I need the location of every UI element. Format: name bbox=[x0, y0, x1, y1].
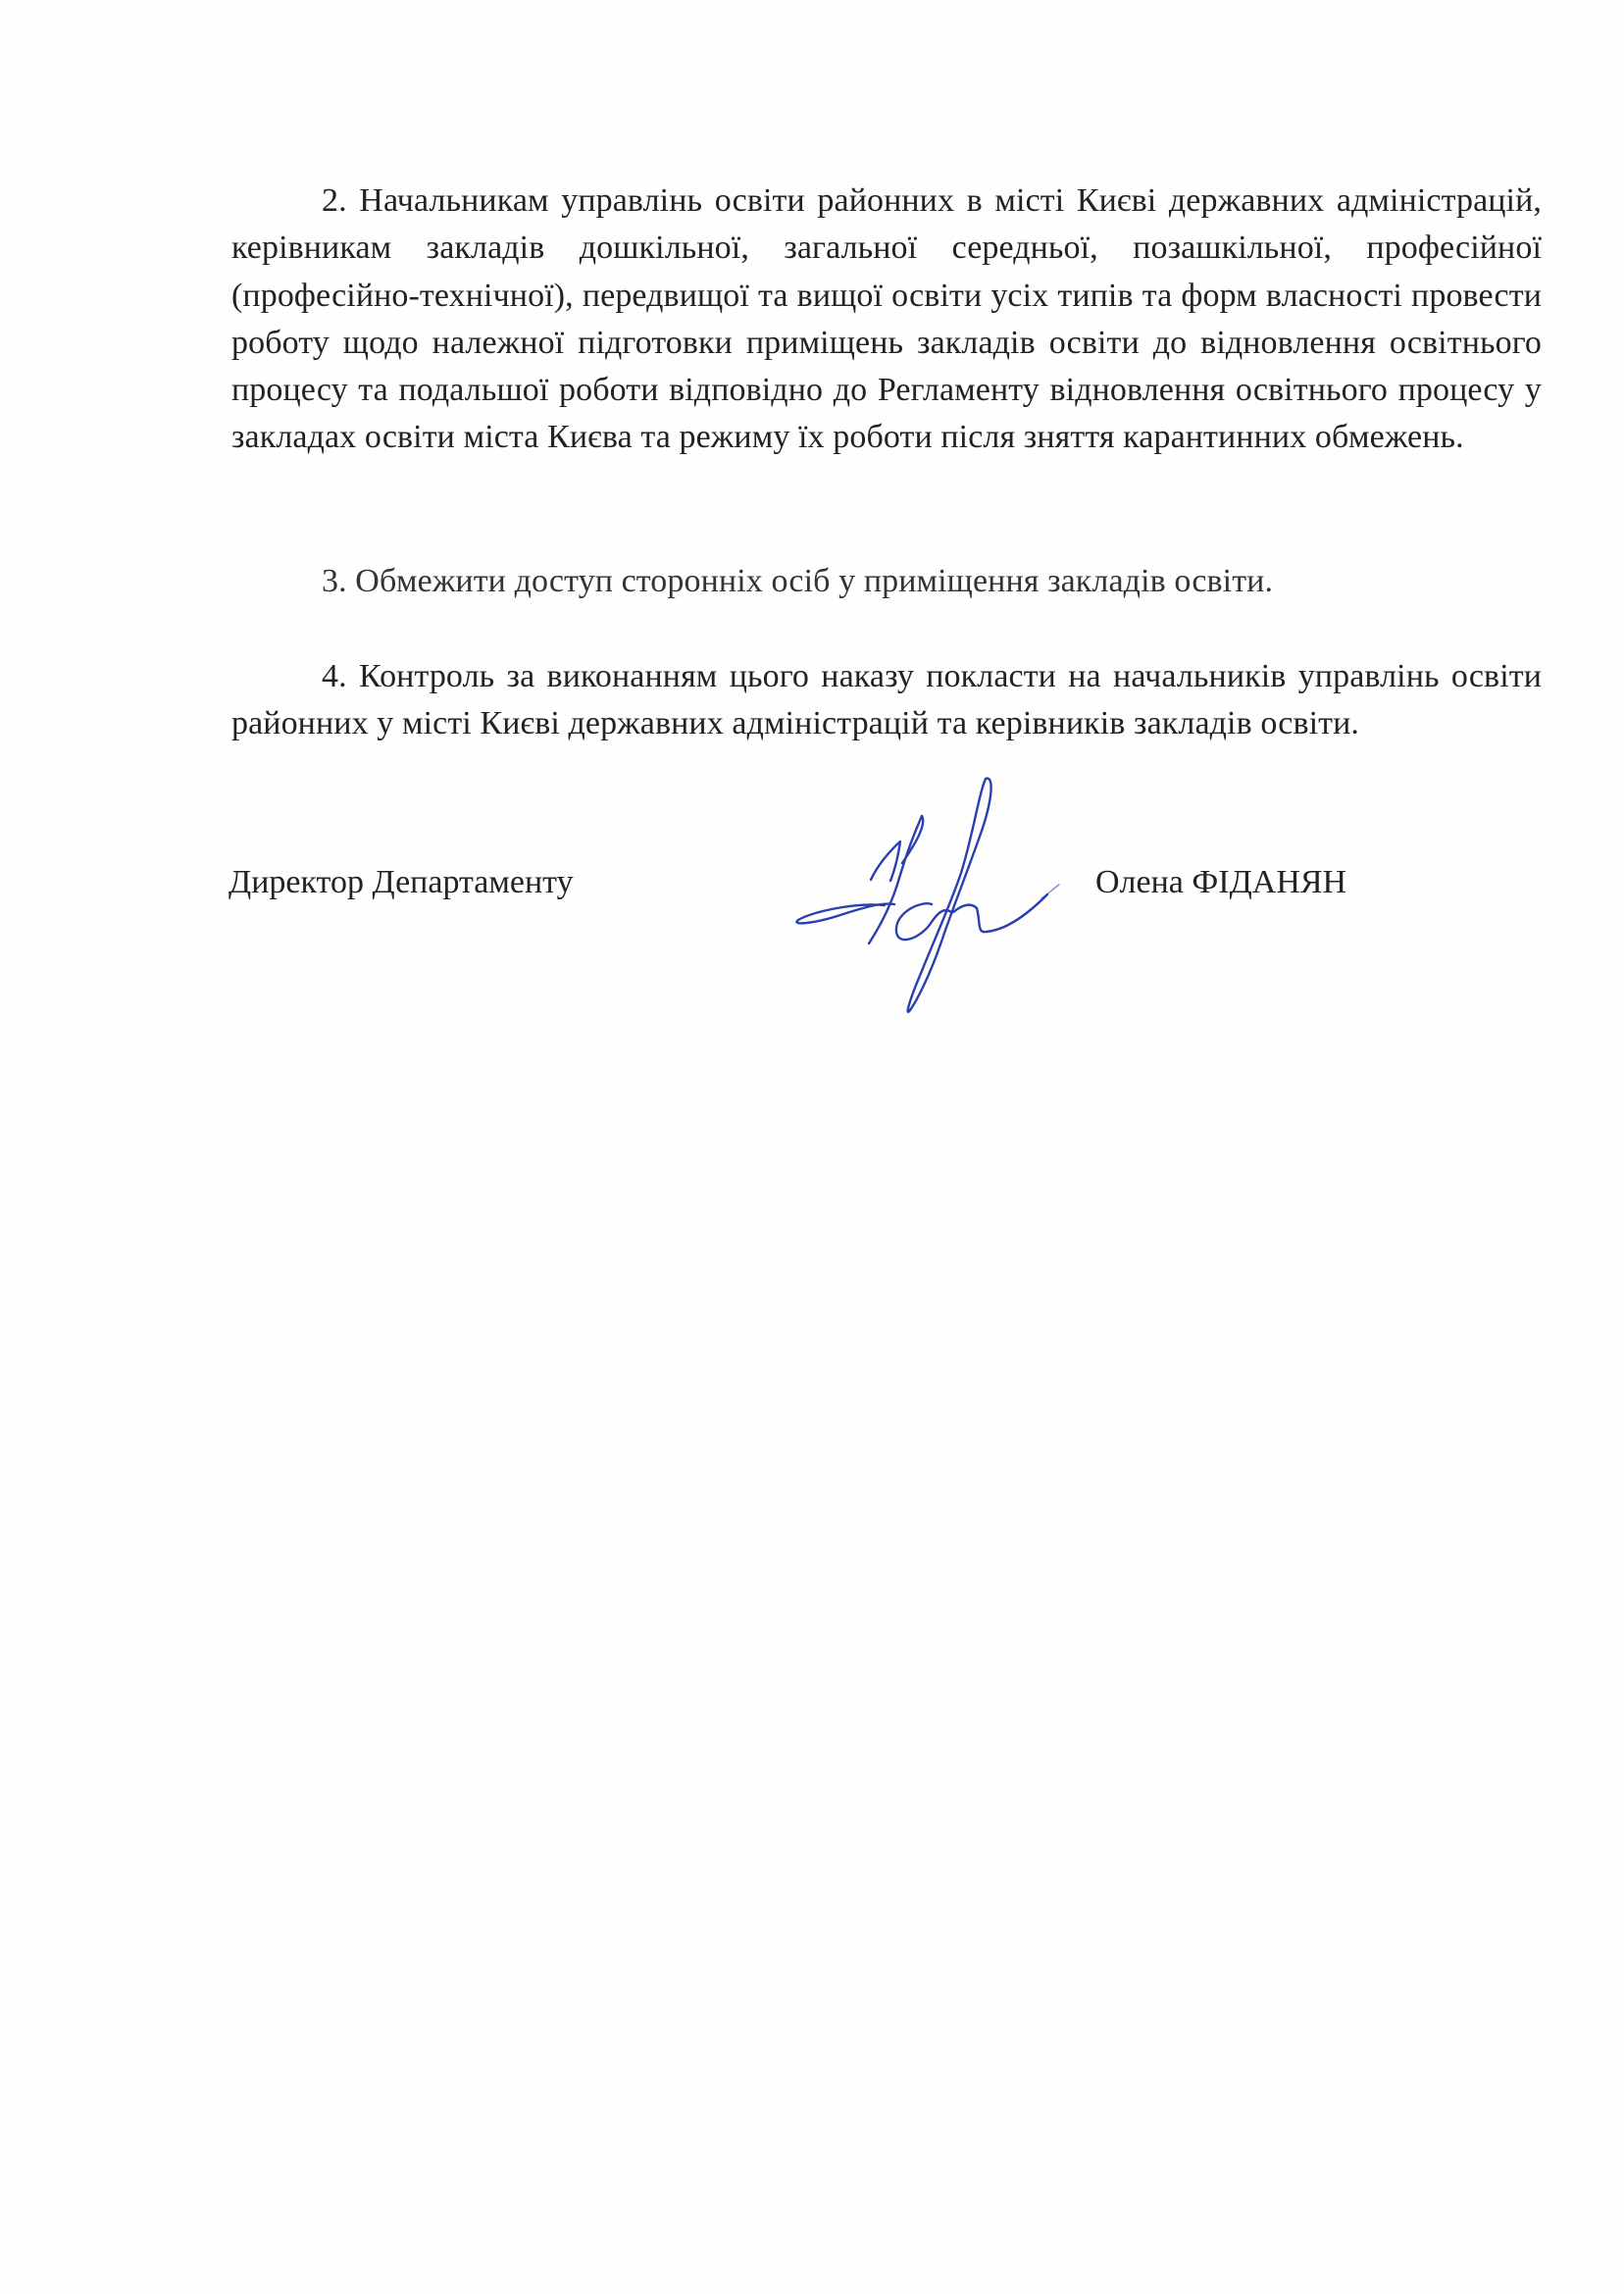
signer-position-title: Директор Департаменту bbox=[228, 853, 574, 912]
paragraph-2: 2. Начальникам управлінь освіти районних… bbox=[231, 178, 1542, 462]
document-page: 2. Начальникам управлінь освіти районних… bbox=[0, 0, 1624, 2294]
signer-name: Олена ФІДАНЯН bbox=[1095, 853, 1346, 912]
paragraph-4: 4. Контроль за виконанням цього наказу п… bbox=[231, 653, 1542, 748]
handwritten-signature-icon bbox=[785, 765, 1079, 1030]
paragraph-3: 3. Обмежити доступ сторонніх осіб у прим… bbox=[231, 558, 1542, 605]
